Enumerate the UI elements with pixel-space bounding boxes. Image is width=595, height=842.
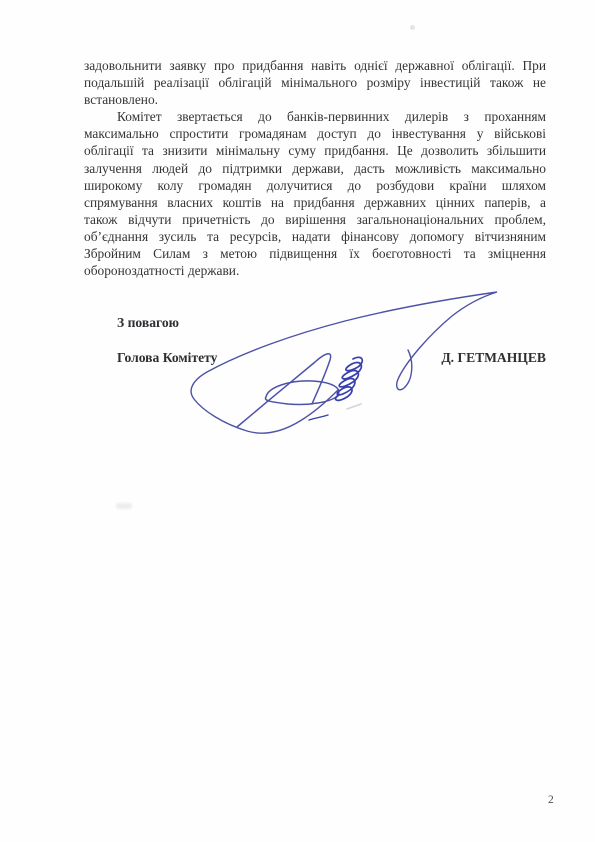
scan-speck [410, 25, 415, 30]
text-line: спрямування власних коштів на придбання … [84, 194, 546, 211]
text-line: залучення людей до підтримки держави, да… [84, 160, 546, 177]
signature-dash-stroke [309, 415, 328, 420]
page-number: 2 [548, 794, 554, 806]
document-page: задовольнити заявку про придбання навіть… [0, 0, 595, 842]
signer-title: Голова Комітету [117, 350, 217, 366]
regards-line: З повагою [117, 315, 179, 331]
signer-name: Д. ГЕТМАНЦЕВ [441, 350, 546, 366]
text-line: також відчути причетність до вирішення з… [84, 211, 546, 228]
signature-pencil-tick [347, 404, 361, 409]
text-line: подальшій реалізації облігацій мінімальн… [84, 74, 546, 91]
text-line: задовольнити заявку про придбання навіть… [84, 57, 546, 74]
text-line: обороноздатності держави. [84, 262, 546, 279]
text-line: максимально спростити громадянам доступ … [84, 125, 546, 142]
text-line: Збройним Силам з метою підвищення їх боє… [84, 245, 546, 262]
signature-row: Голова Комітету Д. ГЕТМАНЦЕВ [117, 350, 546, 366]
text-line: Комітет звертається до банків-первинних … [84, 108, 546, 125]
signature-oval-stroke [265, 381, 338, 405]
body-text: задовольнити заявку про придбання навіть… [84, 57, 546, 279]
text-line: широкому колу громадян долучитися до роз… [84, 177, 546, 194]
text-line: облігації та знизити мінімальну суму при… [84, 142, 546, 159]
text-line: встановлено. [84, 91, 546, 108]
text-line: об’єднання зусиль та ресурсів, надати фі… [84, 228, 546, 245]
scan-smudge [116, 503, 132, 509]
